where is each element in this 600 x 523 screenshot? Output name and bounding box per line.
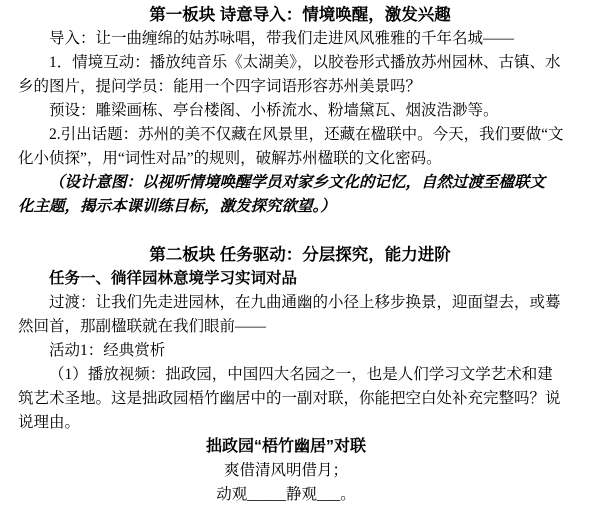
paragraph-line: 说理由。 bbox=[18, 411, 582, 435]
paragraph-line: （1）播放视频：拙政园，中国四大名园之一，也是人们学习文学艺术和建 bbox=[18, 363, 582, 387]
design-intent-line: （设计意图：以视听情境唤醒学员对家乡文化的记忆，自然过渡至楹联文 bbox=[18, 171, 582, 195]
couplet-upper-line: 爽借清风明借月； bbox=[18, 459, 582, 483]
paragraph-line: 化小侦探”，用“词性对品”的规则，破解苏州楹联的文化密码。 bbox=[18, 147, 582, 171]
paragraph-line: 活动1：经典赏析 bbox=[18, 339, 582, 363]
section-heading: 第二板块 任务驱动：分层探究，能力进阶 bbox=[18, 243, 582, 267]
paragraph-line: 过渡：让我们先走进园林，在九曲通幽的小径上移步换景，迎面望去，或蓦 bbox=[18, 291, 582, 315]
document-body: 第一板块 诗意导入：情境唤醒，激发兴趣导入：让一曲缠绵的姑苏咏唱，带我们走进风风… bbox=[18, 3, 582, 507]
paragraph-line: 2.引出话题：苏州的美不仅藏在风景里，还藏在楹联中。今天，我们要做“文 bbox=[18, 123, 582, 147]
document-page: 第一板块 诗意导入：情境唤醒，激发兴趣导入：让一曲缠绵的姑苏咏唱，带我们走进风风… bbox=[0, 0, 600, 523]
task-heading: 任务一、徜徉园林意境学习实词对品 bbox=[18, 267, 582, 291]
couplet-title: 拙政园“梧竹幽居”对联 bbox=[18, 435, 582, 459]
paragraph-line: 1．情境互动：播放纯音乐《太湖美》，以胶卷形式播放苏州园林、古镇、水 bbox=[18, 51, 582, 75]
paragraph-line: 导入：让一曲缠绵的姑苏咏唱，带我们走进风风雅雅的千年名城—— bbox=[18, 27, 582, 51]
section-heading: 第一板块 诗意导入：情境唤醒，激发兴趣 bbox=[18, 3, 582, 27]
couplet-lower-line: 动观_____静观___。 bbox=[18, 483, 582, 507]
paragraph-line: 乡的图片，提问学员：能用一个四字词语形容苏州美景吗？ bbox=[18, 75, 582, 99]
design-intent-line: 化主题，揭示本课训练目标，激发探究欲望。） bbox=[18, 195, 582, 219]
paragraph-line: 筑艺术圣地。这是拙政园梧竹幽居中的一副对联，你能把空白处补充完整吗？说 bbox=[18, 387, 582, 411]
paragraph-line: 然回首，那副楹联就在我们眼前—— bbox=[18, 315, 582, 339]
paragraph-line: 预设：雕梁画栋、亭台楼阁、小桥流水、粉墙黛瓦、烟波浩渺等。 bbox=[18, 99, 582, 123]
blank-line bbox=[18, 219, 582, 243]
